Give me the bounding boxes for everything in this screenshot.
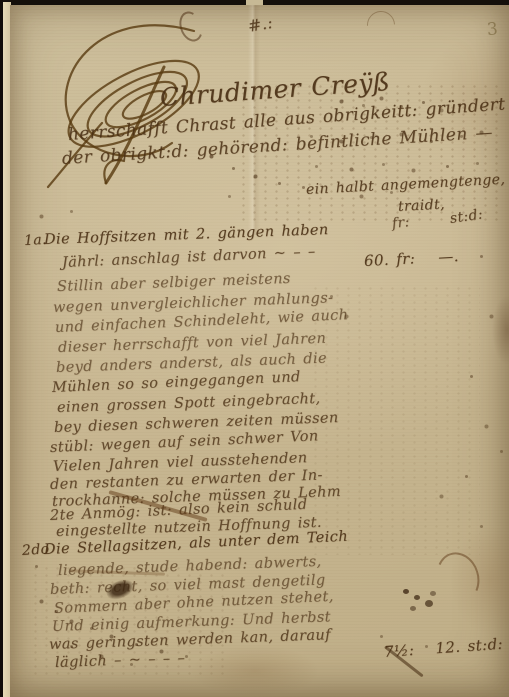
manuscript-photo: #.: 3 Chrudimer Creÿß herrschafft Chrast…: [0, 0, 509, 697]
ink-spatter: [10, 5, 13, 8]
manuscript-line: Jährl: anschlag ist darvon ~ – –: [62, 244, 316, 271]
amount-grain: 12. st:d:: [435, 635, 504, 658]
manuscript-line: Die Hoffsitzen mit 2. gängen haben: [44, 222, 329, 248]
manuscript-line: Stillin aber selbiger meistens: [57, 271, 291, 295]
manuscript-page: #.: 3 Chrudimer Creÿß herrschafft Chrast…: [10, 5, 509, 697]
hash-mark: #.:: [246, 13, 274, 36]
amount-grain: —.: [438, 247, 459, 266]
margin-annotation: traidt,: [398, 197, 446, 215]
paper-stain: [190, 645, 320, 697]
ink-drip-dots: [403, 589, 409, 594]
folio-number: 3: [486, 19, 499, 40]
crease-arc-mark: [361, 5, 401, 45]
amount-entry-1: 60. fr: —.: [364, 247, 460, 270]
column-header-grain: st:d:: [449, 206, 484, 226]
amount-florins: 60. fr:: [364, 249, 416, 270]
paper-stain: [492, 295, 509, 365]
column-header-florins: fr:: [391, 214, 410, 232]
